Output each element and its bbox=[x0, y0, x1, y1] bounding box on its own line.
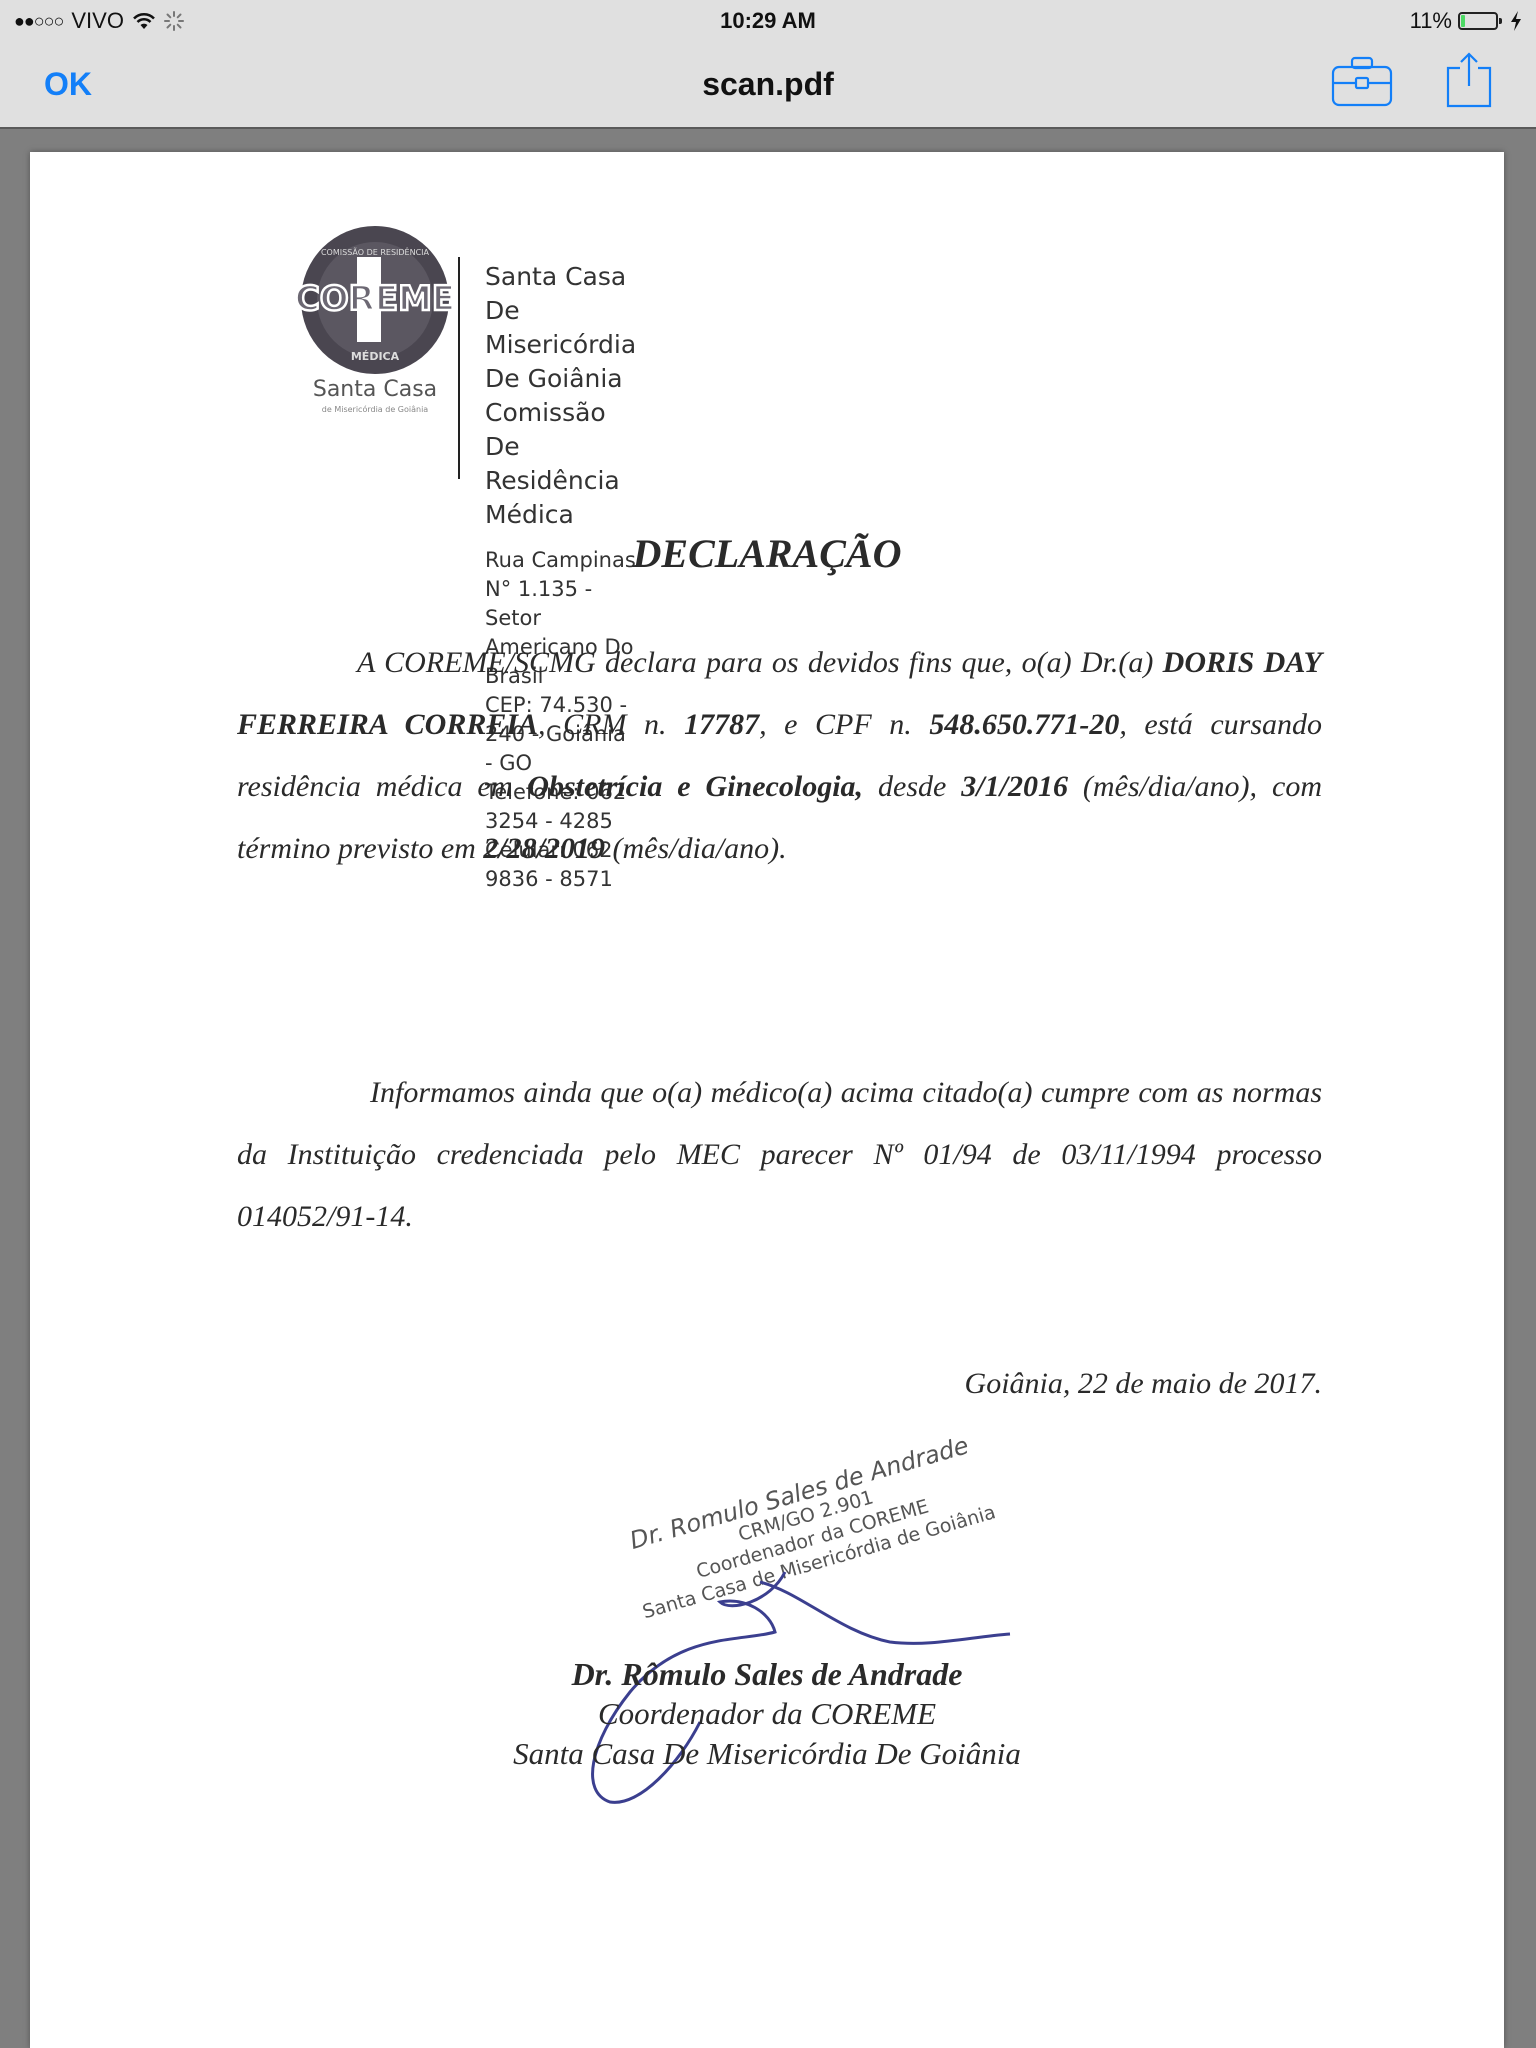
signatory-block: Dr. Rômulo Sales de Andrade Coordenador … bbox=[30, 1654, 1504, 1774]
svg-text:de Misericórdia de Goiânia: de Misericórdia de Goiânia bbox=[322, 404, 429, 414]
svg-text:COREME: COREME bbox=[295, 279, 455, 319]
svg-text:Santa Casa: Santa Casa bbox=[313, 377, 437, 402]
cpf-number: 548.650.771-20 bbox=[929, 708, 1119, 741]
coreme-logo: COREME COMISSÃO DE RESIDÊNCIA MÉDICA San… bbox=[285, 222, 465, 422]
declaration-title: DECLARAÇÃO bbox=[30, 530, 1504, 577]
battery-percent: 11% bbox=[1410, 8, 1452, 34]
crm-number: 17787 bbox=[684, 708, 759, 741]
top-bar: ●●○○○ VIVO 10:29 AM 11% bbox=[0, 0, 1536, 129]
share-icon[interactable] bbox=[1444, 52, 1494, 108]
status-bar: ●●○○○ VIVO 10:29 AM 11% bbox=[0, 0, 1536, 40]
pdf-page: COREME COMISSÃO DE RESIDÊNCIA MÉDICA San… bbox=[30, 152, 1504, 2048]
accreditation-paragraph: Informamos ainda que o(a) médico(a) acim… bbox=[237, 1062, 1322, 1248]
specialty: Obstetrícia e Ginecologia, bbox=[527, 770, 863, 803]
battery-icon bbox=[1458, 12, 1498, 30]
institution-name: Santa Casa De Misericórdia De Goiânia bbox=[485, 260, 636, 396]
end-date: 2/28/2019 bbox=[483, 832, 605, 865]
date-line: Goiânia, 22 de maio de 2017. bbox=[965, 1367, 1322, 1401]
charging-bolt-icon bbox=[1510, 11, 1522, 31]
start-date: 3/1/2016 bbox=[961, 770, 1068, 803]
signatory-name: Dr. Rômulo Sales de Andrade bbox=[30, 1654, 1504, 1694]
header-divider bbox=[458, 257, 460, 479]
toolbox-icon[interactable] bbox=[1330, 56, 1394, 108]
navigation-bar: OK scan.pdf bbox=[0, 44, 1536, 127]
declaration-paragraph: A COREME/SCMG declara para os devidos fi… bbox=[237, 632, 1322, 880]
signatory-institution: Santa Casa De Misericórdia De Goiânia bbox=[30, 1734, 1504, 1774]
commission-name: Comissão De Residência Médica bbox=[485, 396, 636, 532]
document-title: scan.pdf bbox=[0, 66, 1536, 103]
signatory-role: Coordenador da COREME bbox=[30, 1694, 1504, 1734]
clock: 10:29 AM bbox=[0, 8, 1536, 34]
svg-text:COMISSÃO DE RESIDÊNCIA: COMISSÃO DE RESIDÊNCIA bbox=[321, 246, 430, 257]
svg-text:MÉDICA: MÉDICA bbox=[351, 350, 400, 363]
